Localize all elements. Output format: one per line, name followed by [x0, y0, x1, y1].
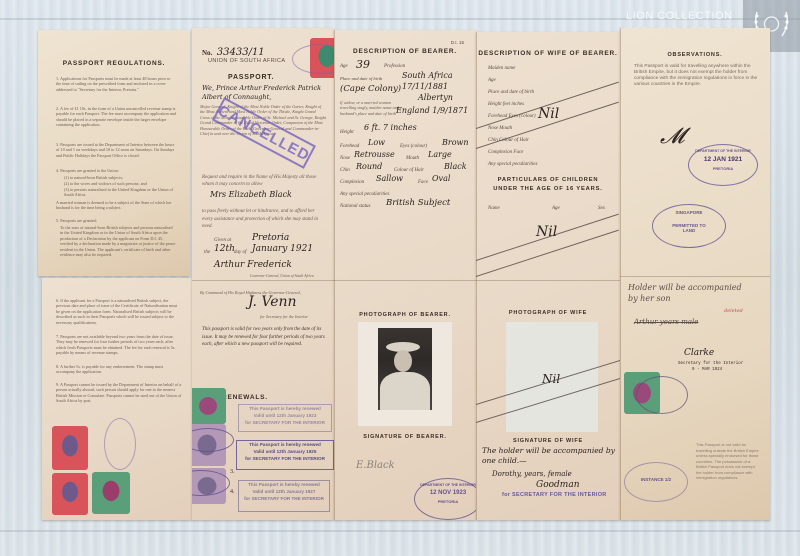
governor-signature: Arthur Frederick — [214, 260, 292, 270]
pretoria-stamp-date: 12 JAN 1921 — [689, 156, 757, 163]
wife-field-peculiarities: Any special peculiarities — [488, 162, 537, 167]
regulation-4-2: (2) to the wives and widows of such pers… — [64, 181, 176, 186]
pretoria-date-stamp: DEPARTMENT OF THE INTERIOR 12 JAN 1921 P… — [688, 144, 758, 186]
pretoria-stamp-outer: DEPARTMENT OF THE INTERIOR — [689, 149, 757, 153]
field-label-nose: Nose — [340, 156, 350, 161]
struck-entry: Arthur years male — [634, 318, 698, 326]
field-label-height: Height — [340, 130, 354, 135]
governor-caption: Governor-General, Union of South Africa — [250, 274, 320, 279]
field-label-national-status: National status — [340, 204, 370, 209]
passport-number-label: No. — [202, 49, 212, 57]
wife-signature-title: SIGNATURE OF WIFE — [476, 438, 620, 444]
renewal-stamp-3: This Passport is hereby renewed Valid un… — [238, 480, 330, 512]
revenue-stamp-green — [92, 472, 130, 514]
field-label-forehead: Forehead — [340, 144, 359, 149]
interior-stamp-line1: DEPARTMENT OF THE INTERIOR — [415, 483, 476, 487]
field-label-age: Age — [340, 64, 348, 69]
face-shape — [394, 350, 412, 372]
pretoria-stamp-city: PRETORIA — [689, 166, 757, 171]
observation-initials: 𝓜 — [660, 124, 685, 149]
field-value-cape-colony: (Cape Colony) — [340, 84, 401, 94]
interior-date-stamp: DEPARTMENT OF THE INTERIOR 12 NOV 1923 P… — [414, 478, 476, 520]
field-value-complexion: Sallow — [376, 174, 403, 183]
issuer-name: We, Prince Arthur Frederick Patrick Albe… — [202, 84, 326, 102]
dress-shape — [380, 372, 430, 410]
singapore-stamp-line3: LAND — [653, 228, 725, 233]
interior-stamp-city: PRETORIA — [415, 499, 476, 504]
secretary-signature-obs: Clarke — [684, 348, 714, 358]
form-number: D.I. 15 — [451, 40, 464, 45]
field-value-forehead: Low — [368, 138, 385, 147]
request-text: Request and require in the Name of His M… — [202, 174, 326, 188]
day-of-label: day of — [234, 250, 246, 255]
field-label-hair: Colour of Hair — [394, 168, 424, 173]
cancel-oval-stamp — [292, 44, 334, 74]
field-value-husband-birth: England 1/9/1871 — [396, 106, 468, 115]
passport-number: 33433/11 — [217, 47, 265, 58]
field-value-height: 6 ft. 7 inches — [364, 123, 417, 132]
bearer-panel: D.I. 15 DESCRIPTION OF BEARER. Age 39 Pr… — [334, 30, 476, 520]
renewal-1-line2: Valid until 12th January 1923 — [239, 412, 331, 419]
wife-title: DESCRIPTION OF WIFE OF BEARER. — [476, 50, 620, 57]
fold-line — [334, 30, 335, 520]
wife-field-height: Height feet inches — [488, 102, 524, 107]
children-col-name: Name — [488, 206, 500, 211]
field-value-albertyn: Albertyn — [418, 93, 453, 102]
renewals-title: RENEWALS. — [222, 394, 334, 401]
deletion-note: deleted — [724, 308, 743, 314]
regulation-4: 4. Passports are granted to the Union: — [56, 168, 176, 173]
field-value-nose: Retrousse — [354, 150, 395, 159]
wife-photo-title: PHOTOGRAPH OF WIFE — [476, 310, 620, 316]
wood-seam — [0, 530, 800, 532]
cancel-oval-stamp — [104, 418, 136, 470]
renewal-3-caption: for SECRETARY FOR THE INTERIOR — [239, 495, 329, 502]
son-endorsement: Holder will be accompanied by her son — [628, 282, 748, 304]
observations-text: This Passport is valid for travelling an… — [634, 64, 758, 88]
fold-line — [620, 276, 770, 277]
wife-field-nose: Nose Mouth — [488, 126, 512, 131]
field-value-chin: Round — [356, 162, 382, 171]
wife-panel: DESCRIPTION OF WIFE OF BEARER. Maiden na… — [476, 32, 620, 520]
cancel-oval-stamp — [192, 428, 234, 452]
wife-field-birth: Place and date of birth — [488, 90, 534, 95]
bearer-photograph — [378, 328, 432, 410]
field-label-profession: Profession — [384, 64, 405, 69]
issue-day: 12th — [214, 244, 235, 254]
field-value-mouth: Large — [428, 150, 452, 159]
secretary-caption-obs: Secretary for the Interior — [678, 362, 743, 366]
pass-freely-text: to pass freely without let or hindrance,… — [202, 208, 326, 231]
singapore-stamp-line1: SINGAPORE — [653, 210, 725, 215]
regulations-continued-panel: 6. If the applicant for a Passport is a … — [42, 278, 192, 520]
country-heading: UNION OF SOUTH AFRICA — [208, 58, 285, 64]
wife-field-complexion: Complexion Face — [488, 150, 523, 155]
singapore-landing-stamp: SINGAPORE PERMITTED TO LAND — [652, 204, 726, 248]
cancel-oval-stamp — [636, 376, 688, 414]
regulation-5-text: To the sons of natural-born British subj… — [60, 225, 176, 257]
renewal-3-line1: This Passport is hereby renewed — [239, 481, 329, 488]
secretary-date-obs: 9 - MAR 1924 — [692, 368, 722, 372]
renewal-2-line1: This Passport is hereby renewed — [237, 441, 333, 448]
bearer-title: DESCRIPTION OF BEARER. — [334, 48, 476, 55]
field-value-national-status: British Subject — [386, 198, 450, 208]
child-entry: Dorothy, years, female — [492, 470, 572, 478]
validity-text: This passport is valid for two years onl… — [202, 326, 326, 349]
renewal-1-line1: This Passport is hereby renewed — [239, 405, 331, 412]
revenue-stamp-green — [192, 388, 226, 424]
renewal-2-caption: for SECRETARY FOR THE INTERIOR — [237, 455, 333, 462]
watermark-line1: LION COLLECTION — [626, 10, 733, 22]
wife-nil-mark: Nil — [538, 106, 559, 122]
revenue-stamp-red — [52, 473, 88, 515]
field-label-face: Face — [418, 180, 428, 185]
given-at-label: Given at — [214, 238, 231, 243]
field-value-hair: Black — [444, 162, 467, 171]
wife-endorsement: The holder will be accompanied by one ch… — [482, 446, 618, 466]
renewal-2-line2: Valid until 12th January 1925 — [237, 448, 333, 455]
fold-line — [334, 280, 476, 281]
bearer-name: Mrs Elizabeth Black — [210, 190, 292, 199]
back-text: This Passport is not valid for travellin… — [696, 442, 760, 481]
field-value-age: 39 — [356, 58, 370, 71]
bearer-signature-title: SIGNATURE OF BEARER. — [334, 434, 476, 440]
renewal-3-line2: Valid until 12th January 1927 — [239, 488, 329, 495]
renewal-number-3: 3. — [230, 470, 235, 475]
regulation-9: 9. A Passport cannot be issued by the De… — [56, 382, 182, 404]
field-label-birth: Place and date of birth — [340, 76, 382, 81]
children-col-age: Age — [552, 206, 560, 211]
regulations-panel: PASSPORT REGULATIONS. 1. Applications fo… — [38, 30, 190, 276]
regulation-married: A married woman is deemed to be a subjec… — [56, 200, 176, 211]
observations-panel: OBSERVATIONS. This Passport is valid for… — [620, 28, 770, 520]
fold-line — [476, 280, 620, 281]
bearer-signature: E.Black — [356, 460, 395, 471]
fold-line — [620, 28, 621, 520]
field-label-mouth: Mouth — [406, 156, 419, 161]
field-value-face: Oval — [432, 174, 450, 183]
instance-stamp: INSTANCE 1/2 — [624, 462, 688, 502]
field-label-chin: Chin — [340, 168, 350, 173]
field-label-complexion: Complexion — [340, 180, 364, 185]
renewal-number-4: 4. — [230, 490, 235, 495]
regulation-5: 5. Passports are granted: — [56, 218, 176, 223]
regulation-4-3: (3) to persons naturalised in the United… — [64, 187, 176, 198]
passport-document: PASSPORT REGULATIONS. 1. Applications fo… — [38, 28, 772, 524]
revenue-stamp-red — [52, 426, 88, 470]
regulations-title: PASSPORT REGULATIONS. — [38, 60, 190, 67]
regulation-8: 8. A further 5s. is payable for any endo… — [56, 364, 182, 375]
regulation-1: 1. Applications for Passports must be ma… — [56, 76, 176, 92]
secretary-signature: J. Venn — [248, 294, 297, 310]
field-label-peculiarities: Any special peculiarities — [340, 192, 389, 197]
children-title: PARTICULARS OF CHILDREN UNDER THE AGE OF… — [476, 176, 620, 194]
wife-field-age: Age — [488, 78, 496, 83]
field-label-eyes: Eyes (colour) — [400, 144, 427, 149]
endorsement-signature: Goodman — [536, 480, 579, 490]
renewal-stamp-2: This Passport is hereby renewed Valid un… — [236, 440, 334, 470]
regulation-6: 6. If the applicant for a Passport is a … — [56, 298, 182, 325]
observations-title: OBSERVATIONS. — [620, 52, 770, 58]
secretary-caption: for Secretary for the Interior — [260, 314, 330, 319]
regulation-2: 2. A fee of £1 10s. in the form of a Uni… — [56, 106, 176, 128]
field-label-widow: If widow, or a married woman travelling … — [340, 100, 400, 116]
bearer-photo-title: PHOTOGRAPH OF BEARER. — [334, 312, 476, 318]
children-col-sex: Sex — [598, 206, 605, 211]
date-prefix: the — [204, 250, 210, 255]
endorsement-caption: for SECRETARY FOR THE INTERIOR — [502, 492, 607, 498]
renewal-stamp-1: This Passport is hereby renewed Valid un… — [238, 404, 332, 432]
passport-main-panel: No. 33433/11 UNION OF SOUTH AFRICA PASSP… — [192, 28, 334, 520]
issue-month-year: January 1921 — [252, 244, 313, 254]
renewal-1-caption: for SECRETARY FOR THE INTERIOR — [239, 419, 331, 426]
field-value-eyes: Brown — [442, 138, 469, 147]
fold-line — [192, 280, 334, 281]
regulation-7: 7. Passports are not available beyond tw… — [56, 334, 182, 356]
given-at-place: Pretoria — [252, 233, 289, 243]
regulation-4-1: (1) to natural-born British subjects; — [64, 175, 176, 180]
interior-stamp-date: 12 NOV 1923 — [415, 490, 476, 496]
regulation-3: 3. Passports are issued at the Departmen… — [56, 142, 176, 158]
field-value-birth: South Africa 17/11/1881 — [402, 70, 472, 92]
wife-field-maiden: Maiden name — [488, 66, 515, 71]
instance-stamp-text: INSTANCE 1/2 — [625, 477, 687, 482]
